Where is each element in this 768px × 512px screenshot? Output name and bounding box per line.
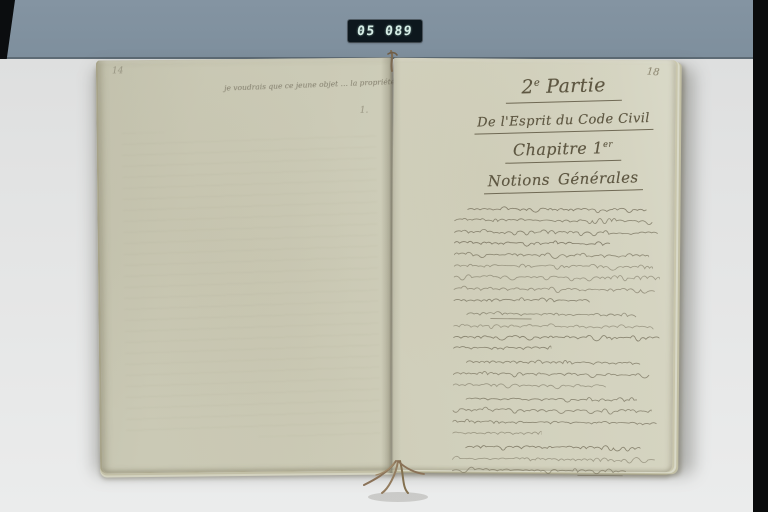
binding-thread-top: [382, 49, 402, 73]
handwritten-line: [454, 237, 611, 249]
handwritten-paragraph: [453, 357, 669, 393]
part-heading: 2ePartie: [505, 74, 622, 104]
right-page: 18 2ePartie De l'Esprit du Code Civil Ch…: [390, 58, 676, 472]
handwritten-line: [454, 294, 590, 306]
left-page-corner-mark: 14: [112, 66, 124, 76]
handwritten-line: [452, 464, 626, 477]
archival-photo-frame: 05 089 14 je voudrais que ce jeune objet…: [0, 0, 768, 512]
left-page: 14 je voudrais que ce jeune objet … la p…: [96, 57, 396, 473]
handwritten-paragraph: [452, 393, 668, 440]
chapter-heading: Chapitre 1er: [505, 138, 622, 164]
handwritten-paragraph: [453, 308, 669, 355]
handwritten-paragraph: [454, 203, 671, 307]
chapter-ordinal-sup: er: [603, 139, 613, 149]
ink-bleedthrough: [122, 129, 381, 439]
left-page-annotation: je voudrais que ce jeune objet … la prop…: [224, 77, 400, 93]
handwritten-paragraphs: [452, 203, 670, 477]
film-edge-right: [753, 0, 768, 512]
book-gutter: [381, 57, 401, 473]
manuscript-book: 14 je voudrais que ce jeune objet … la p…: [86, 55, 706, 480]
chapter-word: Chapitre 1: [513, 138, 604, 159]
handwritten-line: [453, 343, 551, 355]
frame-counter-display: 05 089: [348, 20, 422, 42]
handwritten-line: [467, 309, 638, 321]
part-number: 2: [521, 76, 534, 98]
binding-thread-tassel: [354, 459, 444, 505]
manuscript-text: 2ePartie De l'Esprit du Code Civil Chapi…: [452, 74, 672, 480]
handwritten-line: [452, 428, 541, 440]
section-heading: Notions Générales: [483, 168, 642, 194]
left-page-gutter-mark: 1.: [360, 106, 369, 116]
part-word: Partie: [546, 74, 606, 98]
frame-counter-digits: 05 089: [356, 24, 414, 39]
part-ordinal-sup: e: [534, 78, 541, 89]
handwritten-line: [453, 379, 606, 391]
handwritten-line: [466, 393, 637, 405]
handwritten-paragraph: [452, 442, 668, 478]
subtitle-heading: De l'Esprit du Code Civil: [474, 111, 653, 135]
